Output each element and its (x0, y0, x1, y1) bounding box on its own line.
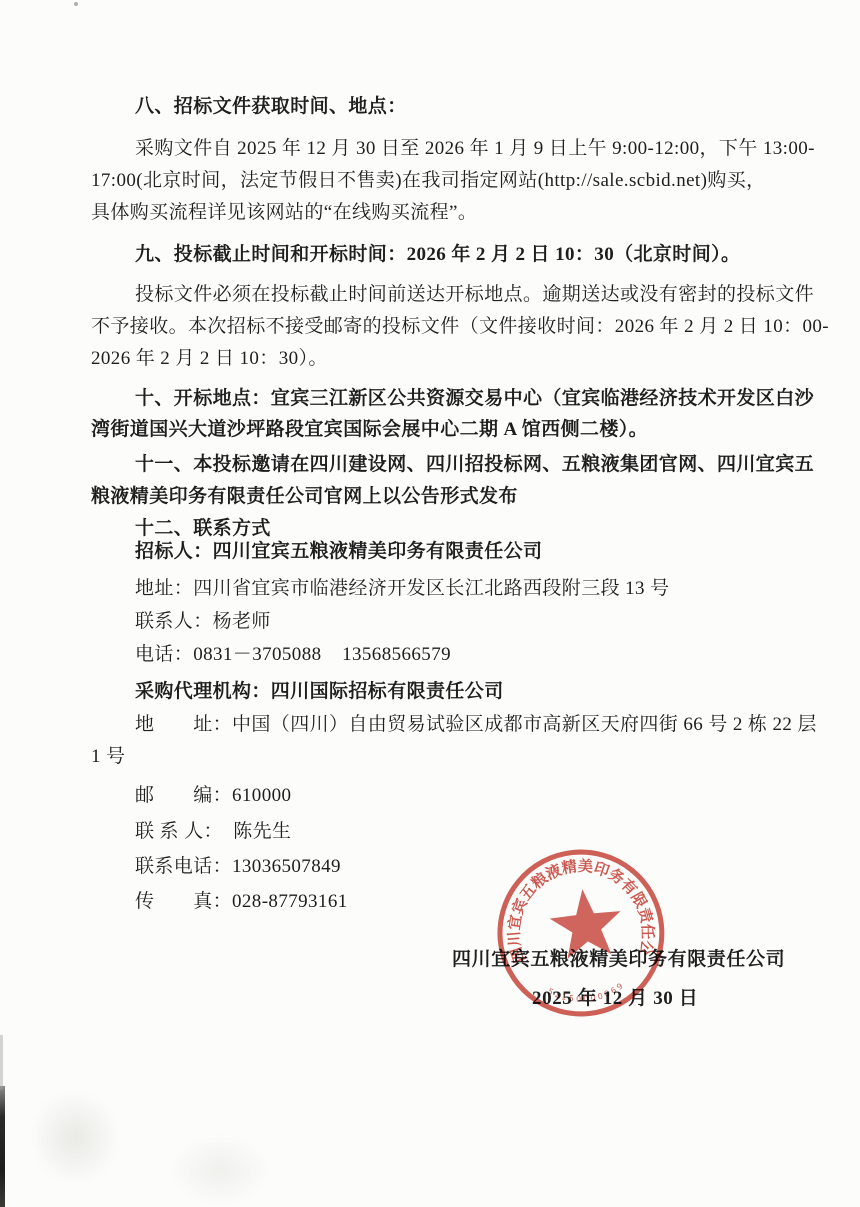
star-icon (547, 885, 625, 960)
section8-heading: 八、招标文件获取时间、地点： (135, 95, 407, 119)
agency-address-line1: 地 址：中国（四川）自由贸易试验区成都市高新区天府四街 66 号 2 栋 22 … (135, 713, 817, 737)
section12-heading: 十二、联系方式 (135, 517, 271, 541)
section8-line2: 17:00(北京时间，法定节假日不售卖)在我司指定网站(http://sale.… (91, 169, 766, 193)
bidder-phone-line: 电话：0831－3705088 13568566579 (135, 643, 451, 667)
section9-line3: 2026 年 2 月 2 日 10：30）。 (91, 347, 328, 371)
bidder-address-line: 地址：四川省宜宾市临港经济开发区长江北路西段附三段 13 号 (135, 577, 670, 601)
section9-line1: 投标文件必须在投标截止时间前送达开标地点。逾期送达或没有密封的投标文件 (135, 283, 814, 307)
agency-contact-line: 联 系 人： 陈先生 (135, 820, 291, 844)
section10-line1: 十、开标地点：宜宾三江新区公共资源交易中心（宜宾临港经济技术开发区白沙 (135, 387, 814, 411)
bidder-line: 招标人：四川宜宾五粮液精美印务有限责任公司 (135, 540, 542, 564)
agency-address-line2: 1 号 (91, 745, 125, 769)
seal-serial-number: 51150000069 (545, 978, 628, 1008)
scan-artifact-speck (74, 2, 78, 6)
scan-artifact-left-shade (0, 1035, 3, 1090)
scan-artifact-smudge (30, 1090, 120, 1185)
section11-line2: 粮液精美印务有限责任公司官网上以公告形式发布 (91, 485, 518, 509)
company-seal-stamp: 四川宜宾五粮液精美印务有限责任公司 51150000069 (483, 839, 678, 1029)
section8-line3: 具体购买流程详见该网站的“在线购买流程”。 (91, 201, 477, 225)
section11-line1: 十一、本投标邀请在四川建设网、四川招投标网、五粮液集团官网、四川宜宾五 (135, 453, 814, 477)
scan-artifact-left-edge (0, 1086, 5, 1207)
agency-zip-line: 邮 编：610000 (135, 784, 291, 808)
document-page: 八、招标文件获取时间、地点： 采购文件自 2025 年 12 月 30 日至 2… (0, 0, 860, 1207)
section9-heading: 九、投标截止时间和开标时间：2026 年 2 月 2 日 10：30（北京时间）… (135, 243, 740, 267)
section9-line2: 不予接收。本次招标不接受邮寄的投标文件（文件接收时间：2026 年 2 月 2 … (91, 315, 829, 339)
bidder-contact-line: 联系人：杨老师 (135, 610, 271, 634)
svg-text:51150000069: 51150000069 (545, 978, 628, 1008)
agency-phone-line: 联系电话：13036507849 (135, 855, 341, 879)
scan-artifact-smudge (170, 1135, 270, 1205)
section10-line2: 湾街道国兴大道沙坪路段宜宾国际会展中心二期 A 馆西侧二楼）。 (91, 418, 648, 442)
agency-fax-line: 传 真：028-87793161 (135, 890, 348, 914)
agency-line: 采购代理机构：四川国际招标有限责任公司 (135, 680, 504, 704)
section8-line1: 采购文件自 2025 年 12 月 30 日至 2026 年 1 月 9 日上午… (135, 137, 815, 161)
